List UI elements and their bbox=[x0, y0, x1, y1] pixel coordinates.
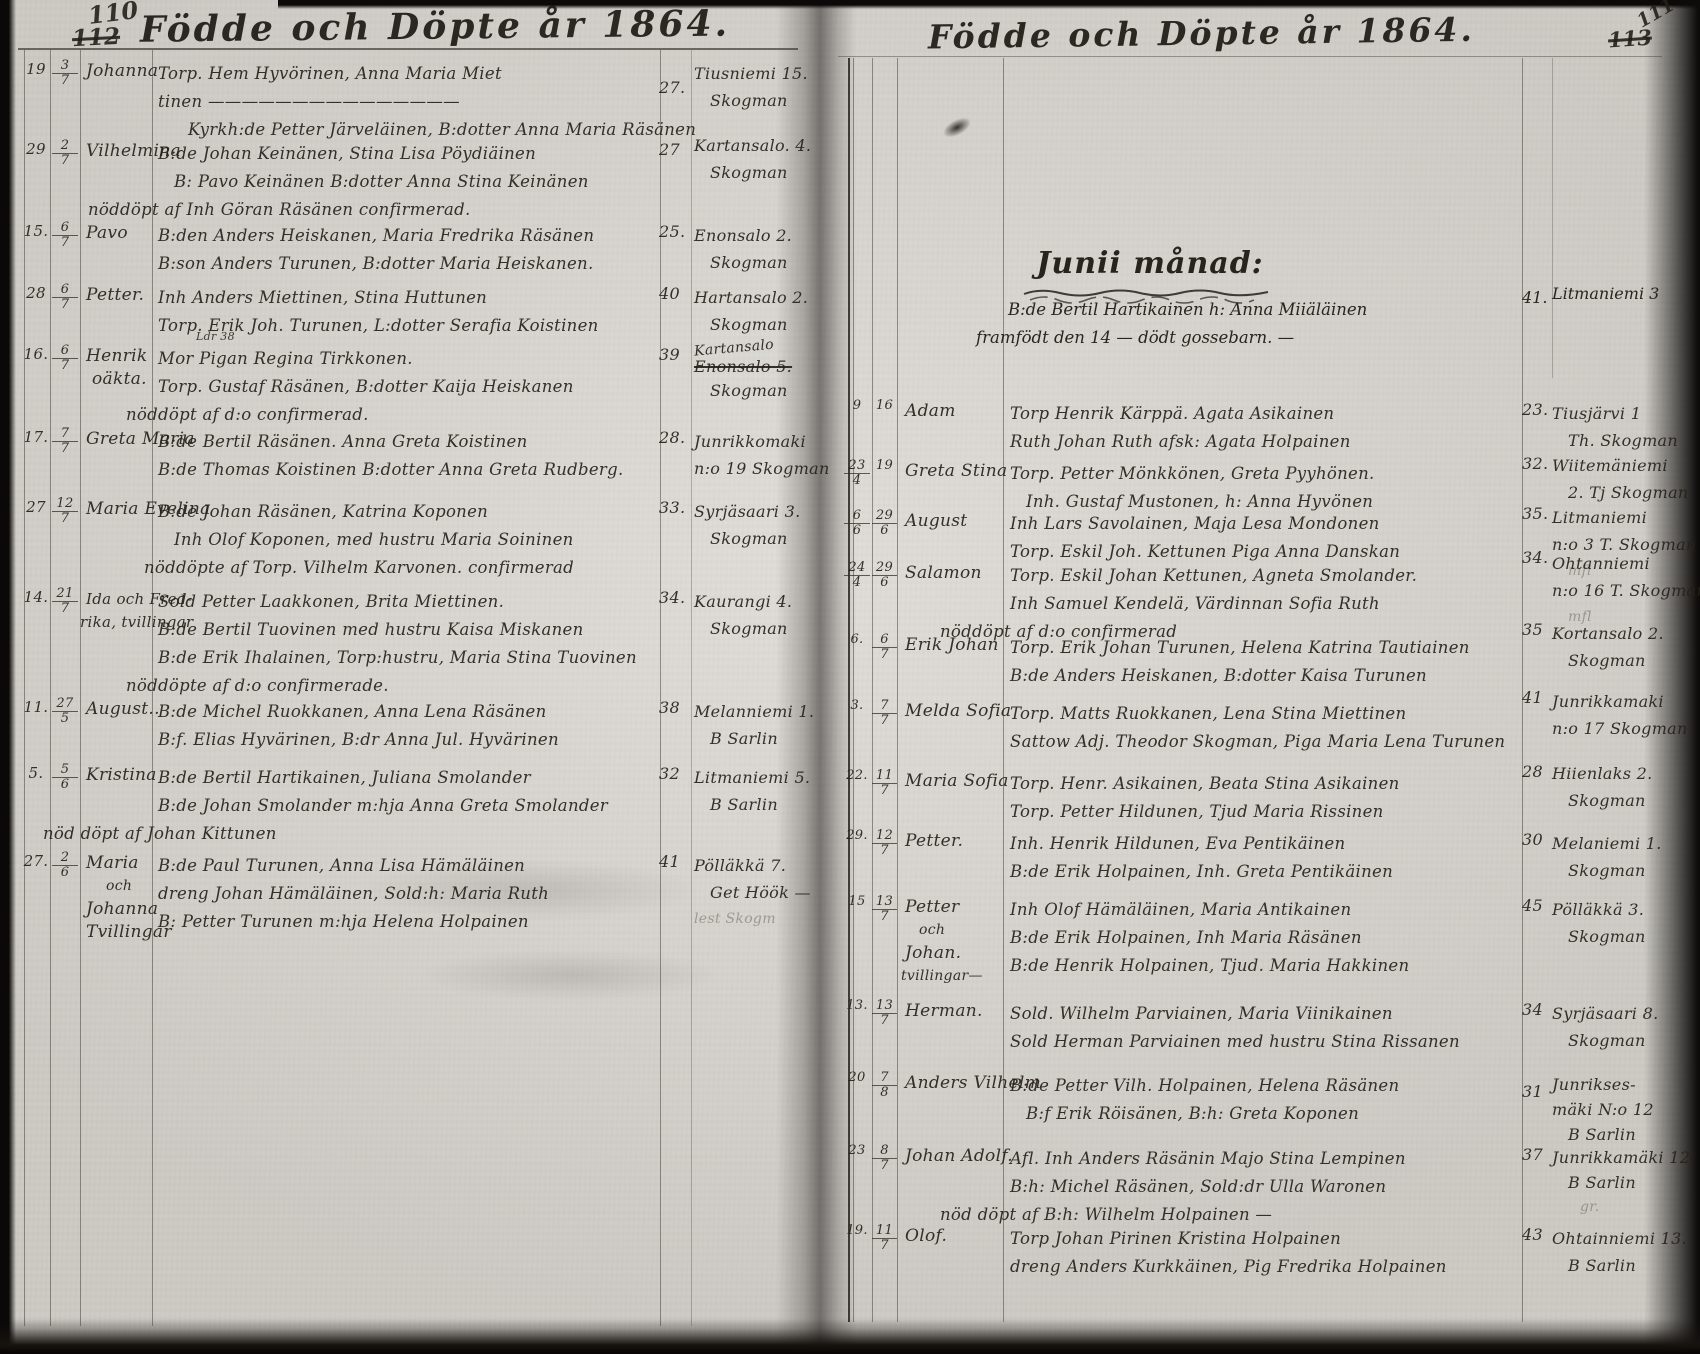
birth-date: 23 bbox=[844, 1145, 870, 1157]
record-number: 15. bbox=[22, 222, 50, 240]
grid-rule bbox=[691, 50, 692, 1326]
child-name: Greta Stina bbox=[905, 460, 1005, 483]
header-rule bbox=[838, 56, 1662, 57]
village: Kartansalo. 4. Skogman bbox=[694, 132, 800, 186]
birth-date: 66 bbox=[844, 510, 870, 537]
village: Litmaniemi 3 bbox=[1552, 284, 1659, 303]
baptism-date: 137 bbox=[872, 1000, 897, 1027]
bleedthrough-mark bbox=[420, 950, 720, 1000]
baptism-date: 137 bbox=[872, 896, 897, 923]
baptism-date: 296 bbox=[872, 510, 897, 537]
grid-rule bbox=[1003, 58, 1004, 1322]
birth-date: 26 bbox=[52, 852, 78, 879]
birth-date: 67 bbox=[52, 345, 78, 372]
baptism-date: 67 bbox=[872, 634, 897, 661]
village: Syrjäsaari 8. Skogman bbox=[1552, 1000, 1694, 1054]
month-heading: Junii månad: bbox=[1015, 246, 1285, 281]
birth-date: 6. bbox=[844, 634, 870, 646]
birth-date: 67 bbox=[52, 284, 78, 311]
child-name: Erik Johan bbox=[905, 634, 1005, 657]
ref-number: 38 bbox=[659, 698, 693, 717]
village: Tiusniemi 15. Skogman bbox=[694, 60, 800, 114]
village: Junrikkamaki n:o 17 Skogman bbox=[1552, 688, 1694, 742]
grid-rule bbox=[897, 58, 898, 1322]
child-name: Adam bbox=[905, 400, 1005, 423]
ref-number: 25. bbox=[659, 222, 693, 241]
village: Wiitemäniemi 2. Tj Skogman bbox=[1552, 452, 1694, 506]
record-number: 28 bbox=[22, 284, 50, 302]
page-title-left: Födde och Döpte år 1864. bbox=[140, 3, 660, 50]
birth-date: 3. bbox=[844, 700, 870, 712]
village: Hartansalo 2. Skogman bbox=[694, 284, 800, 338]
birth-date: 217 bbox=[52, 588, 78, 615]
record-text: Afl. Inh Anders Räsänin Majo Stina Lempi… bbox=[1010, 1145, 1525, 1229]
child-name: Johanna bbox=[86, 60, 154, 83]
village: Junrikkamäki 12 B Sarlin gr. bbox=[1552, 1145, 1694, 1220]
child-name: Johan Adolf. bbox=[905, 1145, 1005, 1168]
child-name: Olof. bbox=[905, 1225, 1005, 1248]
record-number: 14. bbox=[22, 588, 50, 606]
scan-edge-left bbox=[0, 0, 16, 1354]
village: Junrikses- mäki N:o 12 B Sarlin bbox=[1552, 1072, 1694, 1147]
parish-register-scan: Födde och Döpte år 1864. Födde och Döpte… bbox=[0, 0, 1700, 1354]
page-number-right-struck: 113 bbox=[1607, 25, 1652, 53]
birth-date: 13. bbox=[844, 1000, 870, 1012]
village: Enonsalo 2. Skogman bbox=[694, 222, 800, 276]
ref-number: 27. bbox=[659, 78, 693, 97]
baptism-date: 78 bbox=[872, 1072, 897, 1099]
baptism-date: 77 bbox=[872, 700, 897, 727]
child-name: Maria Evelina bbox=[86, 498, 154, 521]
record-number: 29 bbox=[22, 140, 50, 158]
ref-number: 41 bbox=[1522, 688, 1554, 707]
grid-rule bbox=[24, 50, 25, 1326]
child-name: Melda Sofia bbox=[905, 700, 1005, 723]
record-number: 16. bbox=[22, 345, 50, 363]
ref-number: 32 bbox=[659, 764, 693, 783]
record-text: Mor Pigan Regina Tirkkonen. Torp. Gustaf… bbox=[158, 345, 670, 429]
birth-date: 20 bbox=[844, 1072, 870, 1084]
grid-rule bbox=[1552, 58, 1553, 378]
record-text: Inh. Henrik Hildunen, Eva Pentikäinen B:… bbox=[1010, 830, 1525, 886]
ref-number: 32. bbox=[1522, 454, 1554, 473]
baptism-date: 19 bbox=[872, 460, 897, 472]
birth-date: 37 bbox=[52, 60, 78, 87]
ref-number: 33. bbox=[659, 498, 693, 517]
birth-date: 127 bbox=[52, 498, 78, 525]
village: Ohtanniemi n:o 16 T. Skogman mfl bbox=[1552, 550, 1694, 631]
ref-number: 45 bbox=[1522, 896, 1554, 915]
record-text: B:de Michel Ruokkanen, Anna Lena Räsänen… bbox=[158, 698, 670, 754]
grid-rule bbox=[80, 50, 81, 1326]
record-number: 5. bbox=[22, 764, 50, 782]
ref-number: 41 bbox=[659, 852, 693, 871]
ref-number: 35 bbox=[1522, 620, 1554, 639]
child-name: Petter. bbox=[86, 284, 154, 307]
record-number: 11. bbox=[22, 698, 50, 716]
village: Kaurangi 4. Skogman bbox=[694, 588, 800, 642]
child-name: Petter och Johan. tvillingar— bbox=[905, 896, 1005, 988]
birth-date: 77 bbox=[52, 428, 78, 455]
child-name: Herman. bbox=[905, 1000, 1005, 1023]
record-number: 19 bbox=[22, 60, 50, 78]
birth-date: 244 bbox=[844, 562, 870, 589]
margin-note: Ldr 38 bbox=[196, 330, 235, 343]
village: Melaniemi 1. Skogman bbox=[1552, 830, 1694, 884]
record-text: B:de Bertil Räsänen. Anna Greta Koistine… bbox=[158, 428, 670, 484]
record-text: Torp. Hem Hyvörinen, Anna Maria Miet tin… bbox=[158, 60, 670, 144]
village: Syrjäsaari 3. Skogman bbox=[694, 498, 800, 552]
record-text: Inh Olof Hämäläinen, Maria Antikainen B:… bbox=[1010, 896, 1525, 980]
birth-date: 9 bbox=[844, 400, 870, 412]
child-name: Greta Maria bbox=[86, 428, 154, 451]
village: Kortansalo 2. Skogman bbox=[1552, 620, 1694, 674]
record-text: Torp. Henr. Asikainen, Beata Stina Asika… bbox=[1010, 770, 1525, 826]
birth-date: 56 bbox=[52, 764, 78, 791]
grid-rule bbox=[872, 58, 873, 1322]
record-text: Torp Johan Pirinen Kristina Holpainen dr… bbox=[1010, 1225, 1525, 1281]
grid-rule bbox=[50, 50, 51, 1326]
page-number-left-struck: 112 bbox=[71, 23, 120, 52]
ref-number: 31 bbox=[1522, 1082, 1554, 1101]
header-rule bbox=[18, 48, 798, 50]
child-name: Vilhelmina bbox=[86, 140, 154, 163]
birth-date: 234 bbox=[844, 460, 870, 487]
village: Pölläkkä 7. Get Höök — lest Skogm bbox=[694, 852, 800, 933]
record-text: Inh Lars Savolainen, Maja Lesa Mondonen … bbox=[1010, 510, 1525, 566]
child-name: Petter. bbox=[905, 830, 1005, 853]
record-text: Torp. Matts Ruokkanen, Lena Stina Mietti… bbox=[1010, 700, 1525, 756]
child-name: Kristina bbox=[86, 764, 154, 787]
village: Pölläkkä 3. Skogman bbox=[1552, 896, 1694, 950]
child-name: Maria och Johanna Tvillingar bbox=[86, 852, 154, 944]
village: Junrikkomaki n:o 19 Skogman bbox=[694, 428, 800, 482]
grid-rule bbox=[853, 58, 854, 1322]
record-text: Sold. Wilhelm Parviainen, Maria Viinikai… bbox=[1010, 1000, 1525, 1056]
child-name: Pavo bbox=[86, 222, 154, 245]
ref-number: 23. bbox=[1522, 400, 1554, 419]
village: Melanniemi 1. B Sarlin bbox=[694, 698, 800, 752]
ref-number: 30 bbox=[1522, 830, 1554, 849]
ref-number: 34 bbox=[1522, 1000, 1554, 1019]
child-name: Salamon bbox=[905, 562, 1005, 585]
village: Ohtainniemi 13. B Sarlin bbox=[1552, 1225, 1694, 1279]
ref-number: 40 bbox=[659, 284, 693, 303]
ink-smudge bbox=[940, 114, 974, 141]
ref-number: 41. bbox=[1522, 288, 1547, 307]
record-text: B:de Petter Vilh. Holpainen, Helena Räsä… bbox=[1010, 1072, 1525, 1128]
record-text: B:de Johan Räsänen, Katrina Koponen Inh … bbox=[158, 498, 670, 582]
record-text: B:de Paul Turunen, Anna Lisa Hämäläinen … bbox=[158, 852, 670, 936]
record-text: B:de Bertil Hartikainen, Juliana Smoland… bbox=[158, 764, 670, 848]
birth-date: 22. bbox=[844, 770, 870, 782]
ref-number: 37 bbox=[1522, 1145, 1554, 1164]
scan-edge-bottom bbox=[0, 1318, 1700, 1354]
baptism-date: 127 bbox=[872, 830, 897, 857]
record-text: B:de Johan Keinänen, Stina Lisa Pöydiäin… bbox=[158, 140, 670, 224]
ref-number: 39 bbox=[659, 345, 693, 364]
record-text: Sold Petter Laakkonen, Brita Miettinen. … bbox=[158, 588, 670, 700]
baptism-date: 87 bbox=[872, 1145, 897, 1172]
record-text: Torp. Erik Johan Turunen, Helena Katrina… bbox=[1010, 634, 1525, 690]
child-name: August bbox=[905, 510, 1005, 533]
village: Litmaniemi 5. B Sarlin bbox=[694, 764, 800, 818]
birth-date: 275 bbox=[52, 698, 78, 725]
village: Hiienlaks 2. Skogman bbox=[1552, 760, 1694, 814]
baptism-date: 296 bbox=[872, 562, 897, 589]
record-text: B:den Anders Heiskanen, Maria Fredrika R… bbox=[158, 222, 670, 278]
baptism-date: 117 bbox=[872, 770, 897, 797]
ref-number: 34. bbox=[1522, 548, 1554, 567]
child-name: Henrik oäkta. bbox=[86, 345, 154, 391]
birth-date: 15 bbox=[844, 896, 870, 908]
village: Tiusjärvi 1 Th. Skogman bbox=[1552, 400, 1694, 454]
birth-date: 29. bbox=[844, 830, 870, 842]
record-number: 27. bbox=[22, 852, 50, 870]
ref-number: 27 bbox=[659, 140, 693, 159]
birth-date: 27 bbox=[52, 140, 78, 167]
child-name: Maria Sofia bbox=[905, 770, 1005, 793]
record-text: Torp Henrik Kärppä. Agata Asikainen Ruth… bbox=[1010, 400, 1525, 456]
baptism-date: 117 bbox=[872, 1225, 897, 1252]
ref-number: 35. bbox=[1522, 504, 1554, 523]
birth-date: 67 bbox=[52, 222, 78, 249]
page-title-right: Födde och Döpte år 1864. bbox=[928, 11, 1428, 57]
record-text: Torp. Petter Mönkkönen, Greta Pyyhönen. … bbox=[1010, 460, 1525, 516]
baptism-date: 16 bbox=[872, 400, 897, 412]
child-name: Anders Vilhelm bbox=[905, 1072, 1005, 1095]
ref-number: 43 bbox=[1522, 1225, 1554, 1244]
record-number: 17. bbox=[22, 428, 50, 446]
record-number: 27 bbox=[22, 498, 50, 516]
grid-rule bbox=[848, 58, 850, 1322]
birth-date: 19. bbox=[844, 1225, 870, 1237]
village: Kartansalo Enonsalo 5. Skogman bbox=[694, 337, 800, 404]
ref-number: 28 bbox=[1522, 762, 1554, 781]
ref-number: 34. bbox=[659, 588, 693, 607]
ref-number: 28. bbox=[659, 428, 693, 447]
child-name: August.. bbox=[86, 698, 154, 721]
month-note: B:de Bertil Hartikainen h: Anna Miiäläin… bbox=[1008, 296, 1367, 352]
